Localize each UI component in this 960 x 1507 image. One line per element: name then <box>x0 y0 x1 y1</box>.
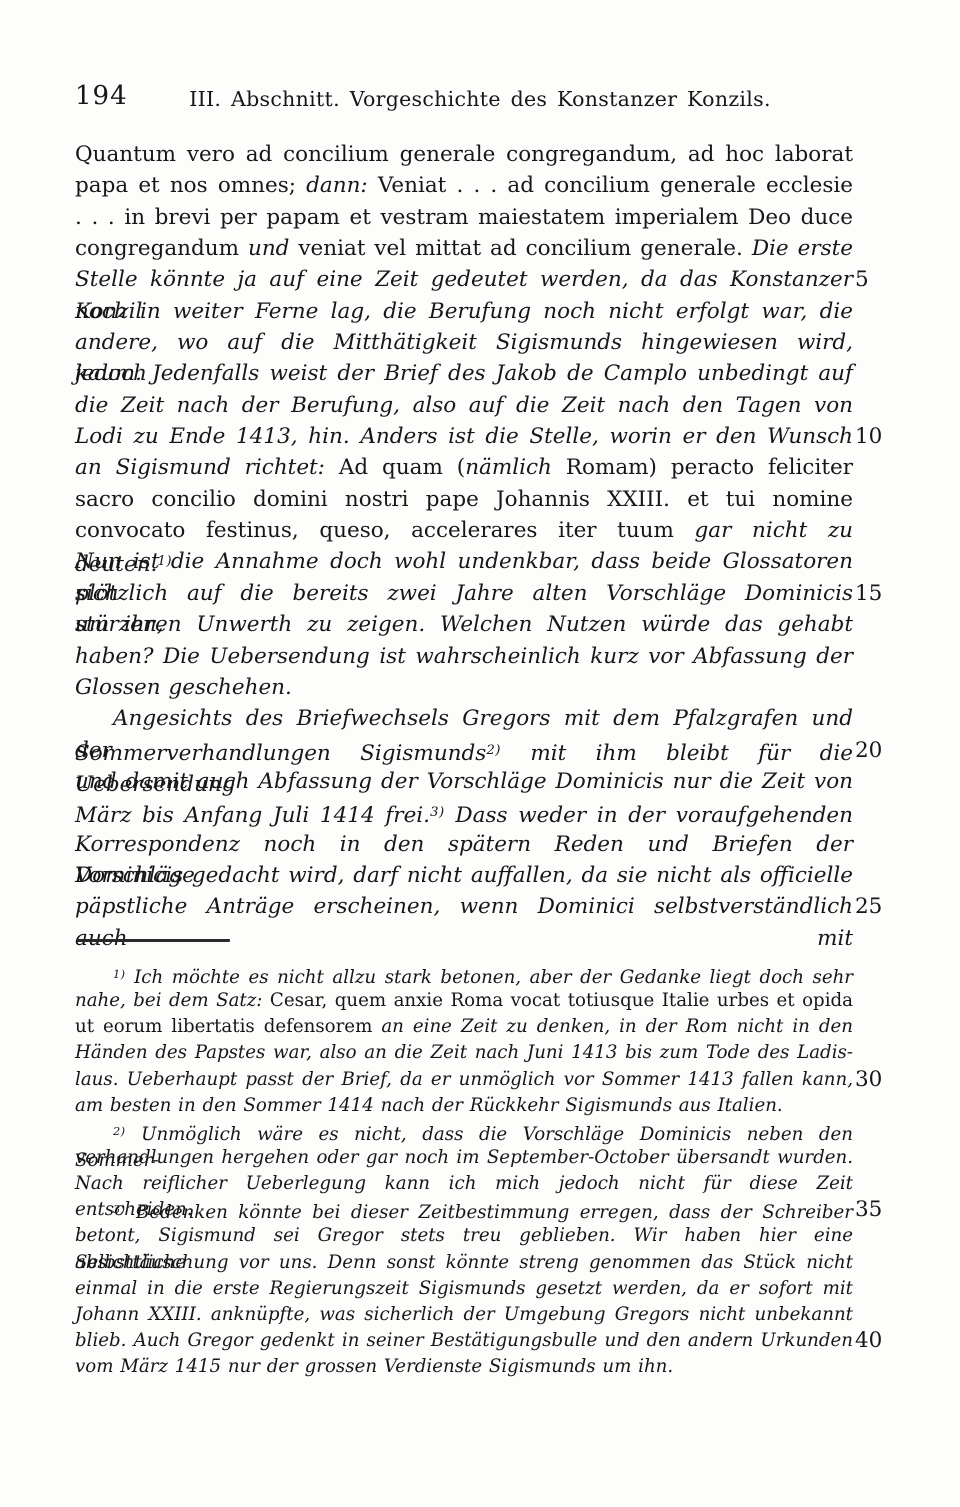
text-line: Stelle könnte ja auf eine Zeit gedeutet … <box>75 264 853 295</box>
text-line: ut eorum libertatis defensorem an eine Z… <box>75 1014 853 1040</box>
text-line: nahe, bei dem Satz: Cesar, quem anxie Ro… <box>75 988 853 1014</box>
text-line: Händen des Papstes war, also an die Zeit… <box>75 1040 853 1066</box>
running-header-title: III. Abschnitt. Vorgeschichte des Konsta… <box>0 87 960 111</box>
margin-line-number: 30 <box>855 1067 895 1093</box>
text-line: blieb. Auch Gregor gedenkt in seiner Bes… <box>75 1328 853 1354</box>
text-segment: Ich möchte es nicht allzu stark betonen,… <box>126 967 853 988</box>
margin-line-number: 5 <box>855 264 895 295</box>
text-line: kaum. Jedenfalls weist der Brief des Jak… <box>75 358 853 389</box>
text-line: . . . in brevi per papam et vestram maie… <box>75 202 853 233</box>
text-segment: Die erste <box>752 236 853 261</box>
text-segment: nämlich <box>465 455 552 480</box>
text-line: Lodi zu Ende 1413, hin. Anders ist die S… <box>75 421 853 452</box>
text-segment: um ihren Unwerth zu zeigen. Welchen Nutz… <box>75 612 853 637</box>
text-line: Quantum vero ad concilium generale congr… <box>75 139 853 170</box>
text-line: plötzlich auf die bereits zwei Jahre alt… <box>75 578 853 609</box>
text-segment: . . . in brevi per papam et vestram maie… <box>75 205 853 230</box>
text-segment: und damit auch Abfassung der Vorschläge … <box>75 769 853 794</box>
text-segment: kaum. Jedenfalls weist der Brief des Jak… <box>75 361 853 386</box>
margin-line-number: 35 <box>855 1197 895 1223</box>
text-segment: Bedenken könnte bei dieser Zeitbestimmun… <box>126 1202 853 1223</box>
text-segment: veniat vel mittat ad concilium generale. <box>289 236 751 261</box>
text-line: Nun ist die Annahme doch wohl undenkbar,… <box>75 546 853 577</box>
text-segment: Sommerverhandlungen Sigismunds <box>75 741 486 766</box>
text-line: Angesichts des Briefwechsels Gregors mit… <box>75 703 853 734</box>
text-line: congregandum und veniat vel mittat ad co… <box>75 233 853 264</box>
text-line: 2) Unmöglich wäre es nicht, dass die Vor… <box>75 1119 853 1145</box>
text-segment: und <box>248 236 289 261</box>
text-segment: an Sigismund richtet: <box>75 455 339 480</box>
text-line: und damit auch Abfassung der Vorschläge … <box>75 766 853 797</box>
text-segment: Ad quam ( <box>339 455 465 480</box>
text-line: 3) Bedenken könnte bei dieser Zeitbestim… <box>75 1197 853 1223</box>
footnotes-block: 1) Ich möchte es nicht allzu stark beton… <box>75 962 853 1380</box>
text-segment: sacro concilio domini nostri pape Johann… <box>75 487 853 512</box>
text-line: am besten in den Sommer 1414 nach der Rü… <box>75 1093 853 1119</box>
text-segment: Händen des Papstes war, also an die Zeit… <box>75 1042 853 1063</box>
text-segment: Dass weder in der voraufgehenden <box>445 803 853 828</box>
text-segment: laus. Ueberhaupt passt der Brief, da er … <box>75 1069 853 1090</box>
text-segment: blieb. Auch Gregor gedenkt in seiner Bes… <box>75 1330 853 1351</box>
text-segment: einmal in die erste Regierungszeit Sigis… <box>75 1278 853 1299</box>
text-segment: Quantum vero ad concilium generale congr… <box>75 142 853 167</box>
text-segment: nahe, bei dem Satz: <box>75 990 270 1011</box>
margin-line-number: 40 <box>855 1328 895 1354</box>
text-segment: vom März 1415 nur der grossen Verdienste… <box>75 1356 673 1377</box>
text-line: Sommerverhandlungen Sigismunds2) mit ihm… <box>75 735 853 766</box>
text-line: Korrespondenz noch in den spätern Reden … <box>75 829 853 860</box>
text-line: 1) Ich möchte es nicht allzu stark beton… <box>75 962 853 988</box>
text-segment: Lodi zu Ende 1413, hin. Anders ist die S… <box>75 424 853 449</box>
text-line: um ihren Unwerth zu zeigen. Welchen Nutz… <box>75 609 853 640</box>
text-segment: Selbsttäuschung vor uns. Denn sonst könn… <box>75 1252 853 1273</box>
text-segment: ut eorum libertatis defensorem <box>75 1016 381 1037</box>
main-text-block: Quantum vero ad concilium generale congr… <box>75 139 853 923</box>
text-line: Dominicis gedacht wird, darf nicht auffa… <box>75 860 853 891</box>
text-segment: Romam) peracto feliciter <box>552 455 853 480</box>
text-segment: Johann XXIII. anknüpfte, was sicherlich … <box>75 1304 853 1325</box>
text-line: Johann XXIII. anknüpfte, was sicherlich … <box>75 1302 853 1328</box>
text-segment: convocato festinus, queso, accelerares i… <box>75 518 695 543</box>
text-line: noch in weiter Ferne lag, die Berufung n… <box>75 296 853 327</box>
text-segment: päpstliche Anträge erscheinen, wenn Domi… <box>75 894 853 950</box>
margin-line-number: 15 <box>855 578 895 609</box>
text-segment: haben? Die Uebersendung ist wahrscheinli… <box>75 644 853 669</box>
text-line: betont, Sigismund sei Gregor stets treu … <box>75 1223 853 1249</box>
text-segment: papa et nos omnes; <box>75 173 306 198</box>
text-segment: dann: <box>306 173 368 198</box>
footnote-separator-rule <box>77 939 230 942</box>
text-line: Selbsttäuschung vor uns. Denn sonst könn… <box>75 1250 853 1276</box>
text-line: convocato festinus, queso, accelerares i… <box>75 515 853 546</box>
text-line: Nach reiflicher Ueberlegung kann ich mic… <box>75 1171 853 1197</box>
text-segment: am besten in den Sommer 1414 nach der Rü… <box>75 1095 783 1116</box>
footnote-marker: 2) <box>113 1125 126 1138</box>
margin-line-number: 10 <box>855 421 895 452</box>
text-line: verhandlungen hergehen oder gar noch im … <box>75 1145 853 1171</box>
footnote-marker: 3) <box>113 1203 126 1216</box>
text-segment: congregandum <box>75 236 248 261</box>
footnote-marker: 1) <box>113 968 126 981</box>
text-line: März bis Anfang Juli 1414 frei.3) Dass w… <box>75 797 853 828</box>
text-line: andere, wo auf die Mitthätigkeit Sigismu… <box>75 327 853 358</box>
text-line: sacro concilio domini nostri pape Johann… <box>75 484 853 515</box>
text-line: die Zeit nach der Berufung, also auf die… <box>75 390 853 421</box>
text-line: vom März 1415 nur der grossen Verdienste… <box>75 1354 853 1380</box>
text-line: papa et nos omnes; dann: Veniat . . . ad… <box>75 170 853 201</box>
footnote-marker: 2) <box>486 743 501 758</box>
text-segment: noch in weiter Ferne lag, die Berufung n… <box>75 299 853 324</box>
text-line: laus. Ueberhaupt passt der Brief, da er … <box>75 1067 853 1093</box>
text-line: Glossen geschehen. <box>75 672 853 703</box>
text-segment: Veniat . . . ad concilium generale eccle… <box>368 173 853 198</box>
margin-line-number: 20 <box>855 735 895 766</box>
footnote-marker: 3) <box>430 805 445 820</box>
text-segment: Glossen geschehen. <box>75 675 292 700</box>
text-segment: Dominicis gedacht wird, darf nicht auffa… <box>75 863 853 888</box>
book-page: 194 III. Abschnitt. Vorgeschichte des Ko… <box>0 0 960 1507</box>
text-line: päpstliche Anträge erscheinen, wenn Domi… <box>75 891 853 922</box>
text-segment: an eine Zeit zu denken, in der Rom nicht… <box>381 1016 853 1037</box>
text-segment: verhandlungen hergehen oder gar noch im … <box>75 1147 853 1168</box>
text-line: einmal in die erste Regierungszeit Sigis… <box>75 1276 853 1302</box>
text-segment: März bis Anfang Juli 1414 frei. <box>75 803 430 828</box>
text-line: haben? Die Uebersendung ist wahrscheinli… <box>75 641 853 672</box>
text-segment: die Zeit nach der Berufung, also auf die… <box>75 393 853 418</box>
text-line: an Sigismund richtet: Ad quam (nämlich R… <box>75 452 853 483</box>
margin-line-number: 25 <box>855 891 895 922</box>
text-segment: Cesar, quem anxie Roma vocat totiusque I… <box>270 990 853 1011</box>
